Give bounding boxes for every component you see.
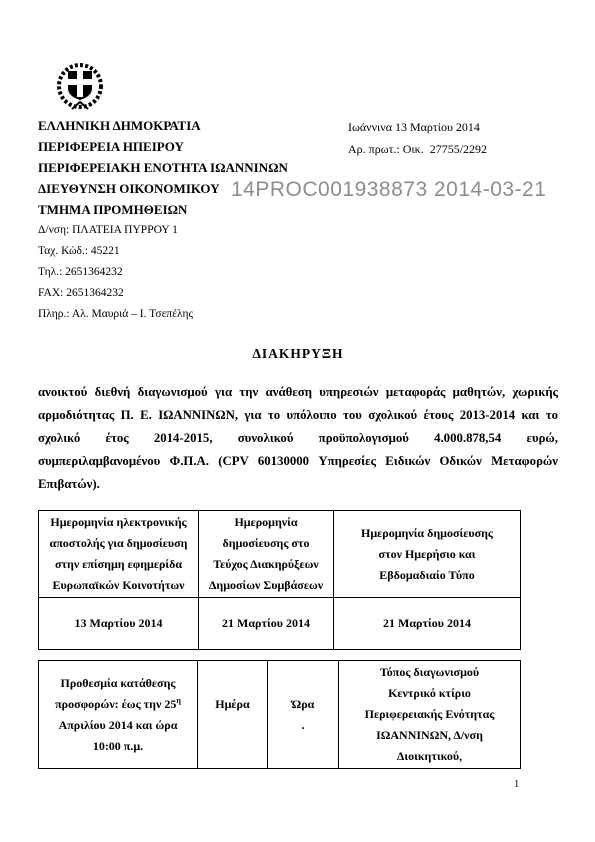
page-number: 1 [514, 779, 519, 790]
header-daily-weekly-press-cell-line: στον Ημερήσιο και [337, 544, 517, 565]
tender-description-paragraph-line: Επιβατών). [38, 473, 558, 496]
tender-description-paragraph-line: ανοικτού διεθνή διαγωνισμού για την ανάθ… [38, 381, 558, 404]
submission-deadline-table: Προθεσμία κατάθεσης προσφορών: έως την 2… [38, 660, 521, 769]
publication-dates-table: Ημερομηνία ηλεκτρονικήςαποστολής για δημ… [38, 510, 521, 650]
document-title: ΔΙΑΚΗΡΥΞΗ [38, 346, 558, 362]
tender-description-paragraph-line: αρμοδιότητας Π. Ε. ΙΩΑΝΝΙΝΩΝ, για το υπό… [38, 404, 558, 427]
contest-location-cell-line: Κεντρικό κτίριο [342, 683, 517, 704]
header-daily-weekly-press-cell: Ημερομηνία δημοσίευσηςστον Ημερήσιο καιΕ… [334, 511, 521, 598]
contact-info-line: Ταχ. Κώδ.: 45221 [38, 241, 193, 262]
hour-label-cell-line: Ώρα [271, 694, 335, 715]
registry-watermark: 14PROC001938873 2014-03-21 [231, 178, 546, 202]
deadline-line-text: προσφορών: έως την 25 [55, 697, 176, 711]
date-public-contracts-gazette-cell: 21 Μαρτίου 2014 [199, 598, 334, 650]
day-label-cell-line [201, 715, 264, 736]
contact-info-line: Τηλ.: 2651364232 [38, 262, 193, 283]
deadline-line: Προθεσμία κατάθεσης [42, 673, 194, 694]
greek-coat-of-arms-icon [52, 62, 108, 114]
date-daily-weekly-press-cell: 21 Μαρτίου 2014 [334, 598, 521, 650]
agency-header: ΕΛΛΗΝΙΚΗ ΔΗΜΟΚΡΑΤΙΑΠΕΡΙΦΕΡΕΙΑ ΗΠΕΙΡΟΥΠΕΡ… [38, 115, 288, 220]
publication-table-dates-row: 13 Μαρτίου 2014 21 Μαρτίου 2014 21 Μαρτί… [39, 598, 521, 650]
deadline-table-row: Προθεσμία κατάθεσης προσφορών: έως την 2… [39, 661, 521, 769]
contest-location-cell-line: Διοικητικού, [342, 746, 517, 767]
day-label-cell-line: Ημέρα [201, 694, 264, 715]
header-public-contracts-gazette-cell-line: Ημερομηνία [202, 512, 330, 533]
header-eu-journal-cell-line: στην επίσημη εφημερίδα [42, 554, 195, 575]
header-public-contracts-gazette-cell-line: Δημοσίων Συμβάσεων [202, 575, 330, 596]
header-eu-journal-cell: Ημερομηνία ηλεκτρονικήςαποστολής για δημ… [39, 511, 199, 598]
deadline-line: Απριλίου 2014 και ώρα [42, 715, 194, 736]
tender-description-paragraph: ανοικτού διεθνή διαγωνισμού για την ανάθ… [38, 381, 558, 496]
deadline-superscript: η [176, 696, 181, 705]
contest-location-cell-line: ΙΩΑΝΝΙΝΩΝ, Δ/νση [342, 725, 517, 746]
deadline-line: προσφορών: έως την 25η [42, 694, 194, 715]
contest-location-cell-line: Τόπος διαγωνισμού [342, 662, 517, 683]
place-date-protocol: Ιωάννινα 13 Μαρτίου 2014Αρ. πρωτ.: Οικ. … [348, 116, 487, 160]
agency-header-line: ΤΜΗΜΑ ΠΡΟΜΗΘΕΙΩΝ [38, 199, 288, 220]
place-date-protocol-line: Ιωάννινα 13 Μαρτίου 2014 [348, 116, 487, 138]
contact-info-line: Δ/νση: ΠΛΑΤΕΙΑ ΠΥΡΡΟΥ 1 [38, 220, 193, 241]
day-label-cell: Ημέρα [198, 661, 268, 769]
document-page: ΕΛΛΗΝΙΚΗ ΔΗΜΟΚΡΑΤΙΑΠΕΡΙΦΕΡΕΙΑ ΗΠΕΙΡΟΥΠΕΡ… [0, 0, 595, 842]
agency-header-line: ΠΕΡΙΦΕΡΕΙΑ ΗΠΕΙΡΟΥ [38, 136, 288, 157]
header-eu-journal-cell-line: αποστολής για δημοσίευση [42, 533, 195, 554]
contest-location-cell-line: Περιφερειακής Ενότητας [342, 704, 517, 725]
contact-info-line: Πληρ.: Αλ. Μαυριά – Ι. Τσεπέλης [38, 304, 193, 325]
hour-label-cell-line: . [271, 715, 335, 736]
header-eu-journal-cell-line: Ημερομηνία ηλεκτρονικής [42, 512, 195, 533]
header-daily-weekly-press-cell-line: Εβδομαδιαίο Τύπο [337, 565, 517, 586]
deadline-line: 10:00 π.μ. [42, 736, 194, 757]
contact-info: Δ/νση: ΠΛΑΤΕΙΑ ΠΥΡΡΟΥ 1Ταχ. Κώδ.: 45221Τ… [38, 220, 193, 325]
place-date-protocol-line: Αρ. πρωτ.: Οικ. 27755/2292 [348, 138, 487, 160]
header-public-contracts-gazette-cell: Ημερομηνίαδημοσίευσης στοΤεύχος Διακηρύξ… [199, 511, 334, 598]
agency-header-line: ΠΕΡΙΦΕΡΕΙΑΚΗ ΕΝΟΤΗΤΑ ΙΩΑΝΝΙΝΩΝ [38, 157, 288, 178]
tender-description-paragraph-line: συμπεριλαμβανομένου Φ.Π.Α. (CPV 60130000… [38, 450, 558, 473]
hour-label-cell: Ώρα. [268, 661, 339, 769]
contact-info-line: FAX: 2651364232 [38, 283, 193, 304]
header-daily-weekly-press-cell-line: Ημερομηνία δημοσίευσης [337, 523, 517, 544]
agency-header-line: ΕΛΛΗΝΙΚΗ ΔΗΜΟΚΡΑΤΙΑ [38, 115, 288, 136]
submission-deadline-cell: Προθεσμία κατάθεσης προσφορών: έως την 2… [39, 661, 198, 769]
contest-location-cell: Τόπος διαγωνισμούΚεντρικό κτίριοΠεριφερε… [339, 661, 521, 769]
header-eu-journal-cell-line: Ευρωπαϊκών Κοινοτήτων [42, 575, 195, 596]
publication-table-header-row: Ημερομηνία ηλεκτρονικήςαποστολής για δημ… [39, 511, 521, 598]
date-eu-journal-cell: 13 Μαρτίου 2014 [39, 598, 199, 650]
header-public-contracts-gazette-cell-line: δημοσίευσης στο [202, 533, 330, 554]
header-public-contracts-gazette-cell-line: Τεύχος Διακηρύξεων [202, 554, 330, 575]
tender-description-paragraph-line: σχολικό έτος 2014-2015, συνολικού προϋπο… [38, 427, 558, 450]
